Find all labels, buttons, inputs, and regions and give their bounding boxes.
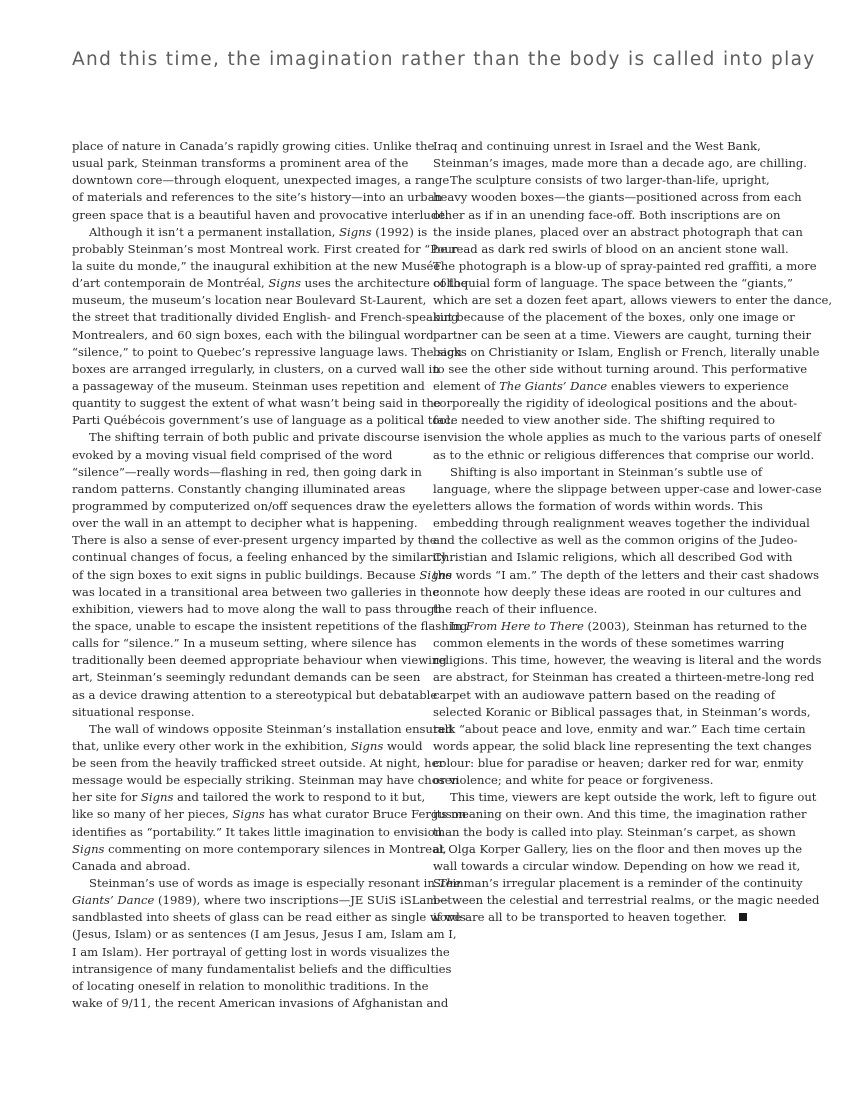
italic-title: Signs xyxy=(72,842,105,856)
text-line: letters allows the formation of words wi… xyxy=(433,498,768,515)
text-line: backs on Christianity or Islam, English … xyxy=(433,344,768,361)
text-line: language, where the slippage between upp… xyxy=(433,481,768,498)
italic-title: From Here to There xyxy=(466,619,584,633)
text-line: Steinman’s irregular placement is a remi… xyxy=(433,875,768,892)
text-line: Steinman’s images, made more than a deca… xyxy=(433,155,768,172)
text-line: heavy wooden boxes—the giants—positioned… xyxy=(433,189,768,206)
text-line: common elements in the words of these so… xyxy=(433,635,768,652)
text-line: talk “about peace and love, enmity and w… xyxy=(433,721,768,738)
text-line: of the sign boxes to exit signs in publi… xyxy=(72,567,402,584)
text-line: partner can be seen at a time. Viewers a… xyxy=(433,327,768,344)
text-line: selected Koranic or Biblical passages th… xyxy=(433,704,768,721)
text-line: calls for “silence.” In a museum setting… xyxy=(72,635,402,652)
right-text-column: Iraq and continuing unrest in Israel and… xyxy=(433,138,768,926)
text-line: and the collective as well as the common… xyxy=(433,532,768,549)
text-line: downtown core—through eloquent, unexpect… xyxy=(72,172,402,189)
text-line: place of nature in Canada’s rapidly grow… xyxy=(72,138,402,155)
text-line: religions. This time, however, the weavi… xyxy=(433,652,768,669)
text-line: the street that traditionally divided En… xyxy=(72,309,402,326)
text-line: Shifting is also important in Steinman’s… xyxy=(433,464,768,481)
text-line: la suite du monde,” the inaugural exhibi… xyxy=(72,258,402,275)
text-line: or violence; and white for peace or forg… xyxy=(433,772,768,789)
text-line: random patterns. Constantly changing ill… xyxy=(72,481,402,498)
text-line: The shifting terrain of both public and … xyxy=(72,429,402,446)
text-line: intransigence of many fundamentalist bel… xyxy=(72,961,402,978)
text-line: corporeally the rigidity of ideological … xyxy=(433,395,768,412)
text-line: d’art contemporain de Montréal, Signs us… xyxy=(72,275,402,292)
text-line: traditionally been deemed appropriate be… xyxy=(72,652,402,669)
text-line: colloquial form of language. The space b… xyxy=(433,275,768,292)
text-line: envision the whole applies as much to th… xyxy=(433,429,768,446)
text-line: other as if in an unending face-off. Bot… xyxy=(433,207,768,224)
text-line: museum, the museum’s location near Boule… xyxy=(72,292,402,309)
text-line: as to the ethnic or religious difference… xyxy=(433,447,768,464)
text-line: was located in a transitional area betwe… xyxy=(72,584,402,601)
text-line: programmed by computerized on/off sequen… xyxy=(72,498,402,515)
text-line: There is also a sense of ever-present ur… xyxy=(72,532,402,549)
left-text-column: place of nature in Canada’s rapidly grow… xyxy=(72,138,402,1012)
text-line: her site for Signs and tailored the work… xyxy=(72,789,402,806)
text-line: than the body is called into play. Stein… xyxy=(433,824,768,841)
text-line: face needed to view another side. The sh… xyxy=(433,412,768,429)
text-line: be seen from the heavily trafficked stre… xyxy=(72,755,402,772)
text-line: evoked by a moving visual field comprise… xyxy=(72,447,402,464)
text-line: Steinman’s use of words as image is espe… xyxy=(72,875,402,892)
text-line: The photograph is a blow-up of spray-pai… xyxy=(433,258,768,275)
text-line: are abstract, for Steinman has created a… xyxy=(433,669,768,686)
text-line: “silence”—really words—flashing in red, … xyxy=(72,464,402,481)
italic-title: The Giants’ Dance xyxy=(499,379,607,393)
text-line: Parti Québécois government’s use of lang… xyxy=(72,412,402,429)
text-line: colour: blue for paradise or heaven; dar… xyxy=(433,755,768,772)
text-line: connote how deeply these ideas are roote… xyxy=(433,584,768,601)
text-line: carpet with an audiowave pattern based o… xyxy=(433,687,768,704)
text-line: a passageway of the museum. Steinman use… xyxy=(72,378,402,395)
text-line: Giants’ Dance (1989), where two inscript… xyxy=(72,892,402,909)
text-line: its meaning on their own. And this time,… xyxy=(433,806,768,823)
text-line: wake of 9/11, the recent American invasi… xyxy=(72,995,402,1012)
text-line: identifies as “portability.” It takes li… xyxy=(72,824,402,841)
text-line: but because of the placement of the boxe… xyxy=(433,309,768,326)
text-line: Montrealers, and 60 sign boxes, each wit… xyxy=(72,327,402,344)
text-line: boxes are arranged irregularly, in clust… xyxy=(72,361,402,378)
text-line: as a device drawing attention to a stere… xyxy=(72,687,402,704)
text-line: over the wall in an attempt to decipher … xyxy=(72,515,402,532)
text-line: to see the other side without turning ar… xyxy=(433,361,768,378)
italic-title: Signs xyxy=(268,276,301,290)
text-line: that, unlike every other work in the exh… xyxy=(72,738,402,755)
text-line: art, Steinman’s seemingly redundant dema… xyxy=(72,669,402,686)
text-line: situational response. xyxy=(72,704,402,721)
text-line: if we are all to be transported to heave… xyxy=(433,909,768,926)
text-line: usual park, Steinman transforms a promin… xyxy=(72,155,402,172)
text-line: element of The Giants’ Dance enables vie… xyxy=(433,378,768,395)
text-line: words appear, the solid black line repre… xyxy=(433,738,768,755)
text-line: exhibition, viewers had to move along th… xyxy=(72,601,402,618)
text-line: The sculpture consists of two larger-tha… xyxy=(433,172,768,189)
text-line: In From Here to There (2003), Steinman h… xyxy=(433,618,768,635)
text-line: the space, unable to escape the insisten… xyxy=(72,618,402,635)
end-of-article-square-icon xyxy=(739,913,747,921)
text-line: between the celestial and terrestrial re… xyxy=(433,892,768,909)
text-line: Canada and abroad. xyxy=(72,858,402,875)
text-line: at Olga Korper Gallery, lies on the floo… xyxy=(433,841,768,858)
text-line: quantity to suggest the extent of what w… xyxy=(72,395,402,412)
italic-title: Signs xyxy=(232,807,265,821)
text-line: be read as dark red swirls of blood on a… xyxy=(433,241,768,258)
text-line: The wall of windows opposite Steinman’s … xyxy=(72,721,402,738)
italic-title: Giants’ Dance xyxy=(72,893,154,907)
text-line: the words “I am.” The depth of the lette… xyxy=(433,567,768,584)
text-line: I am Islam). Her portrayal of getting lo… xyxy=(72,944,402,961)
italic-title: Signs xyxy=(339,225,372,239)
text-line: Iraq and continuing unrest in Israel and… xyxy=(433,138,768,155)
text-line: (Jesus, Islam) or as sentences (I am Jes… xyxy=(72,926,402,943)
text-line: message would be especially striking. St… xyxy=(72,772,402,789)
text-line: wall towards a circular window. Dependin… xyxy=(433,858,768,875)
text-line: like so many of her pieces, Signs has wh… xyxy=(72,806,402,823)
text-line: Signs commenting on more contemporary si… xyxy=(72,841,402,858)
italic-title: Signs xyxy=(351,739,384,753)
text-line: This time, viewers are kept outside the … xyxy=(433,789,768,806)
text-line: of locating oneself in relation to monol… xyxy=(72,978,402,995)
text-line: “silence,” to point to Quebec’s repressi… xyxy=(72,344,402,361)
text-line: Christian and Islamic religions, which a… xyxy=(433,549,768,566)
text-line: which are set a dozen feet apart, allows… xyxy=(433,292,768,309)
italic-title: Signs xyxy=(141,790,174,804)
text-line: green space that is a beautiful haven an… xyxy=(72,207,402,224)
running-head: And this time, the imagination rather th… xyxy=(72,49,816,70)
text-line: probably Steinman’s most Montreal work. … xyxy=(72,241,402,258)
text-line: Although it isn’t a permanent installati… xyxy=(72,224,402,241)
text-line: embedding through realignment weaves tog… xyxy=(433,515,768,532)
text-line: of materials and references to the site’… xyxy=(72,189,402,206)
text-line: the reach of their influence. xyxy=(433,601,768,618)
text-line: continual changes of focus, a feeling en… xyxy=(72,549,402,566)
text-line: the inside planes, placed over an abstra… xyxy=(433,224,768,241)
text-line: sandblasted into sheets of glass can be … xyxy=(72,909,402,926)
